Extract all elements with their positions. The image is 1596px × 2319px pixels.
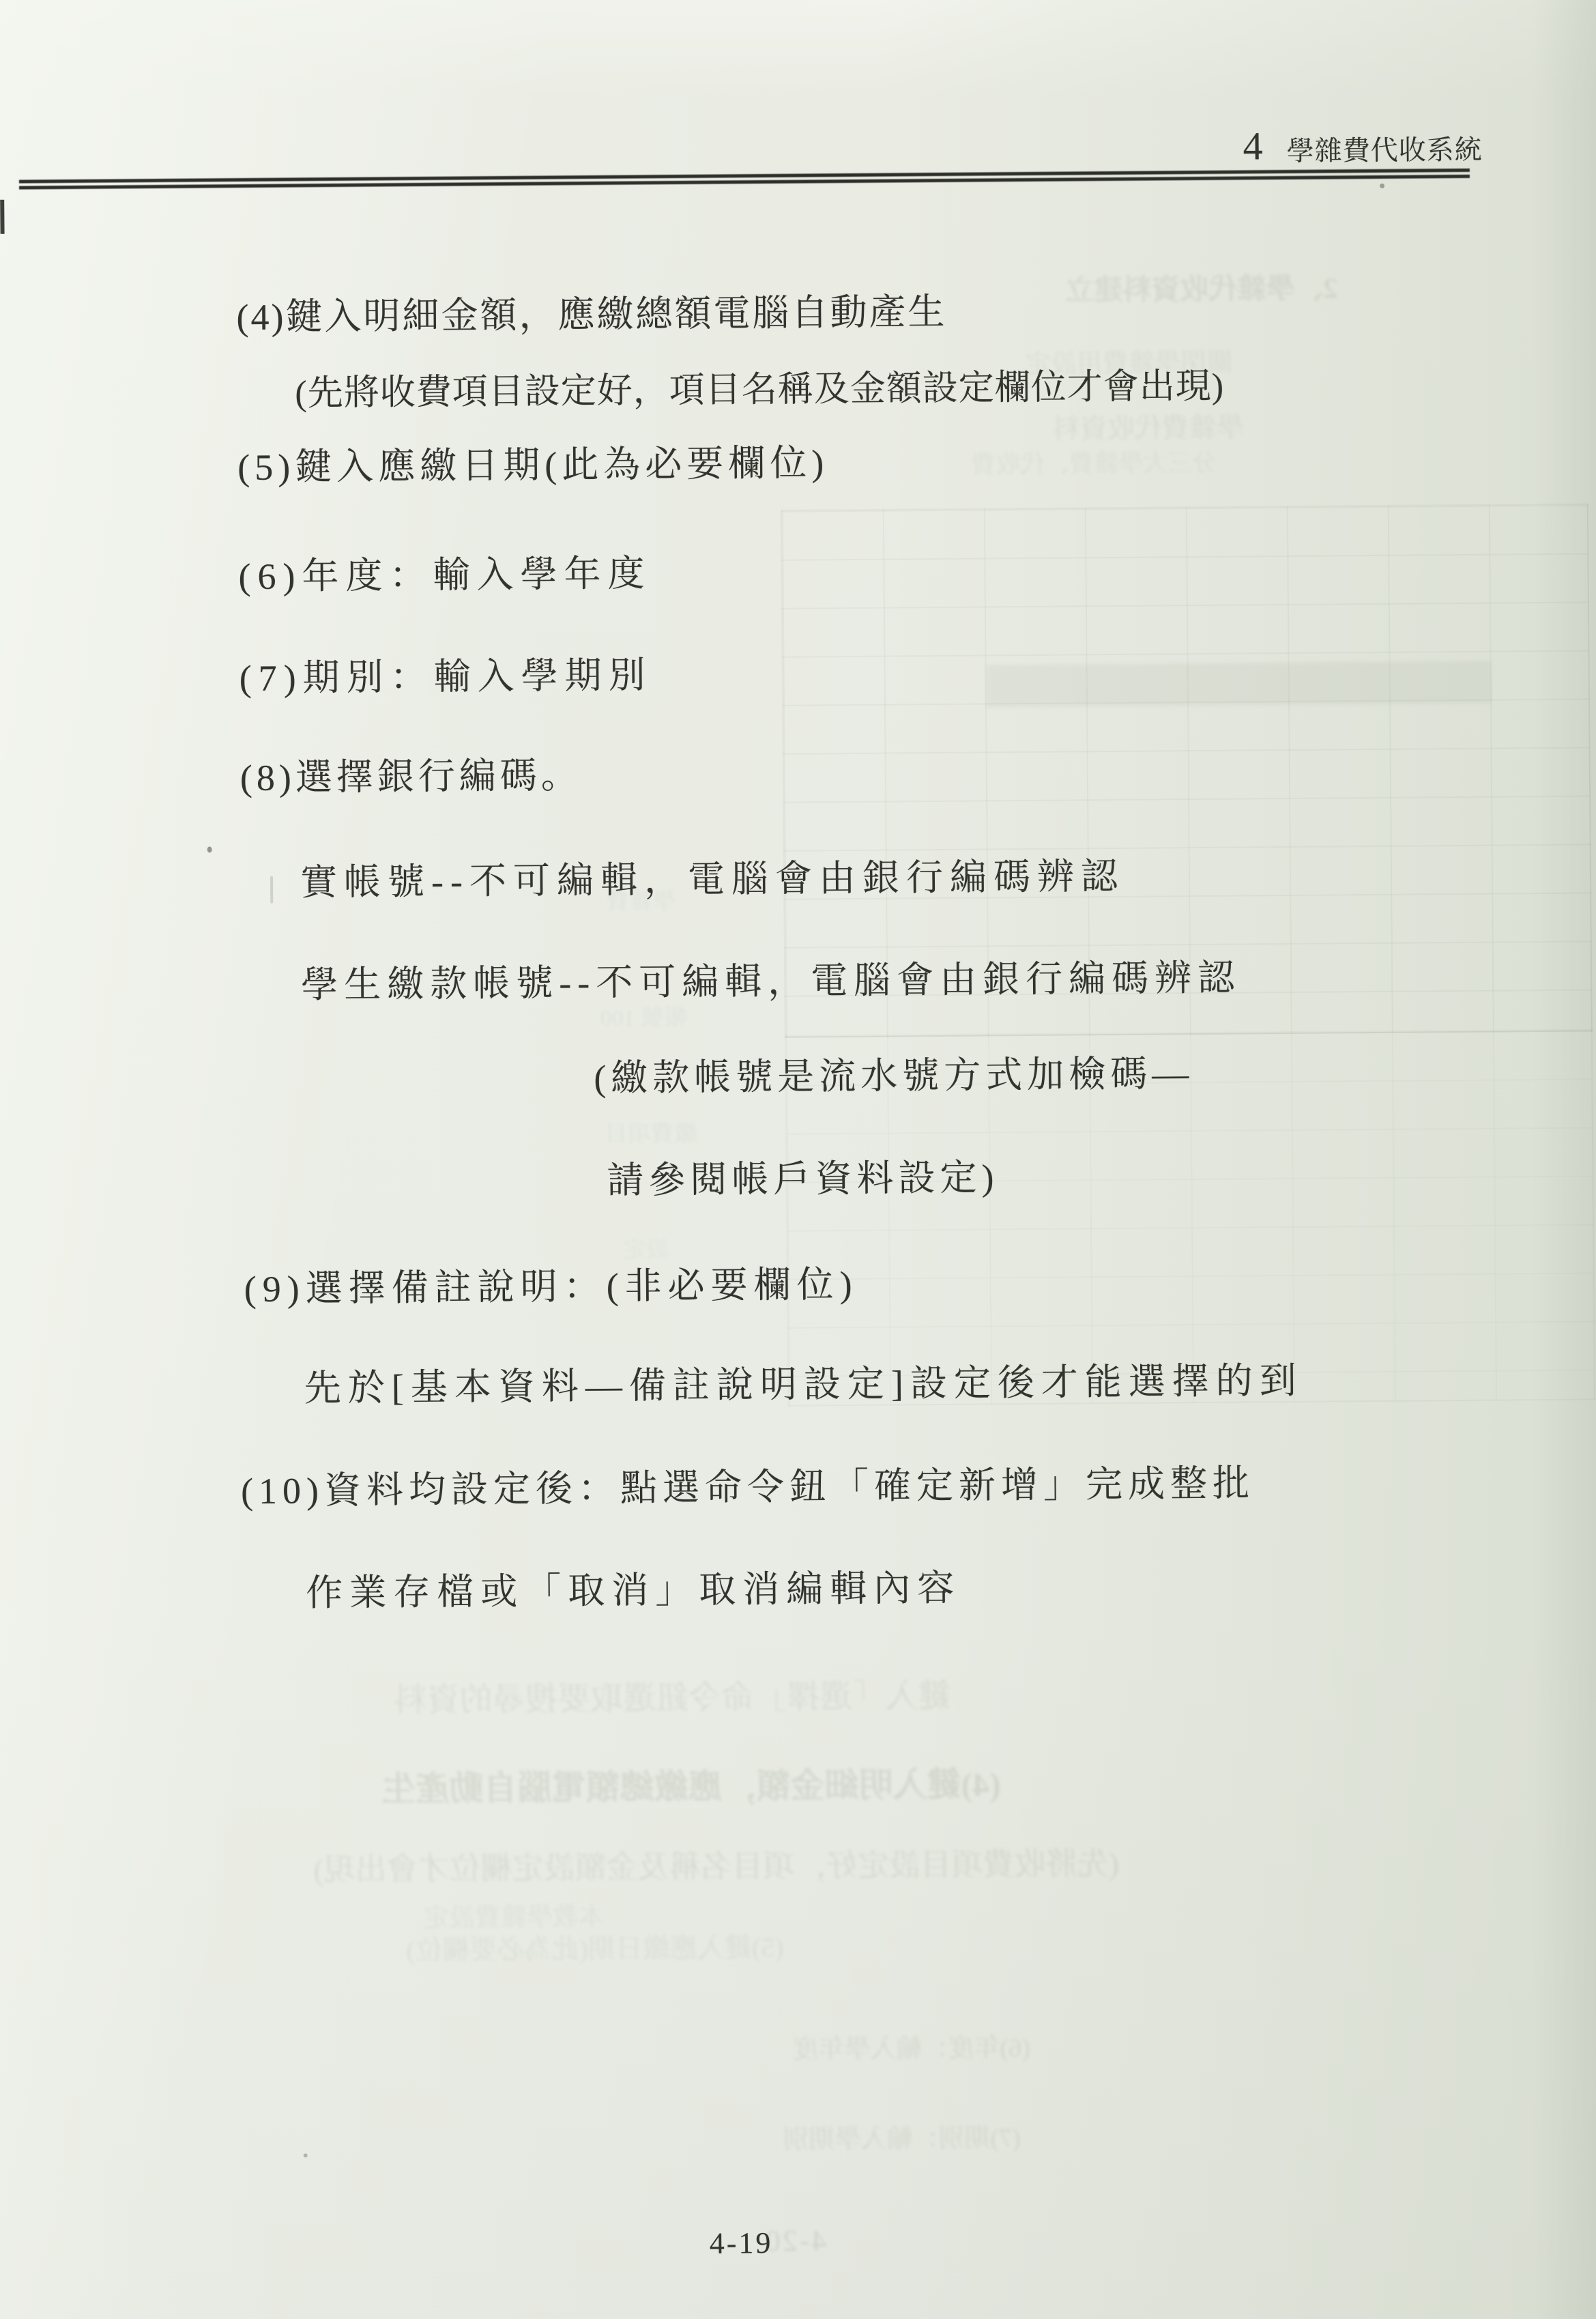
body-line-student-account: 學生繳款帳號--不可編輯，電腦會由銀行編碼辨認 (301, 957, 1240, 1006)
scan-edge-artifact (0, 200, 4, 234)
bleed-line: (6)年度：輸入學年度 (792, 2034, 1030, 2065)
bleed-line: (7)期別：輸入學期別 (783, 2124, 1021, 2155)
bleed-label: 繳費項目 (605, 1121, 697, 1147)
page-number: 4-19 (710, 2226, 773, 2260)
body-line-7: (7)期別：輸入學期別 (239, 654, 652, 699)
bleed-line: 本教學雜費設定 (423, 1903, 605, 1933)
chapter-number: 4 (1243, 124, 1263, 169)
bleed-line: 2、學雜代收資料建立 (1065, 273, 1337, 306)
body-line-10-cont: 作業存檔或「取消」取消編輯內容 (306, 1568, 961, 1614)
body-line-8: (8)選擇銀行編碼。 (240, 755, 582, 798)
body-line-6: (6)年度：輸入學年度 (238, 553, 651, 597)
header-double-rule (19, 169, 1470, 190)
scanned-manual-page: 學雜費 帳號 100 繳費項目 設定 2、學雜代收資料建立 關閉學雜費用設定 學… (0, 0, 1596, 2319)
body-line-4-note: (先將收費項目設定好，項目名稱及金額設定欄位才會出現) (295, 367, 1224, 414)
body-line-serial-note: (繳款帳號是流水號方式加檢碼— (594, 1053, 1193, 1099)
bleed-line: (先將收費項目設定好，項目名稱及金額設定欄位才會出現) (313, 1847, 1119, 1888)
scan-speck (207, 846, 212, 852)
body-line-9-note: 先於[基本資料—備註說明設定]設定後才能選擇的到 (304, 1360, 1303, 1409)
bleed-line: (5)鍵入應繳日期(此為必要欄位) (406, 1933, 784, 1965)
body-line-9: (9)選擇備註說明：(非必要欄位) (244, 1264, 858, 1310)
bleed-line: 鍵入「選擇」命令鈕選取要搜尋的資料 (394, 1679, 951, 1719)
scan-tilt-wrapper: 學雜費 帳號 100 繳費項目 設定 2、學雜代收資料建立 關閉學雜費用設定 學… (0, 0, 1596, 2319)
chapter-title: 學雜費代收系統 (1287, 135, 1483, 167)
body-line-real-account: 實帳號--不可編輯，電腦會由銀行編碼辨認 (300, 856, 1125, 904)
scan-speck (304, 2153, 308, 2157)
bleed-line: 學雜費代收資料 (1053, 412, 1244, 444)
bleed-label: 帳號 100 (600, 1005, 687, 1031)
bleed-line: (4)鍵入明細金額，應繳總額電腦自動產生 (381, 1766, 1001, 1808)
bleed-line: 分三大學雜費、代收費 (971, 450, 1217, 478)
bleed-through-shaded-band (987, 661, 1492, 708)
body-line-10: (10)資料均設定後：點選命令鈕「確定新增」完成整批 (241, 1463, 1255, 1512)
bleed-label: 設定 (622, 1237, 669, 1263)
body-line-4: (4)鍵入明細金額，應繳總額電腦自動產生 (236, 291, 946, 339)
body-line-refer-note: 請參閱帳戶資料設定) (607, 1157, 998, 1201)
scan-speck (1380, 184, 1384, 188)
scan-speck (270, 876, 273, 904)
body-line-5: (5)鍵入應繳日期(此為必要欄位) (237, 442, 828, 488)
